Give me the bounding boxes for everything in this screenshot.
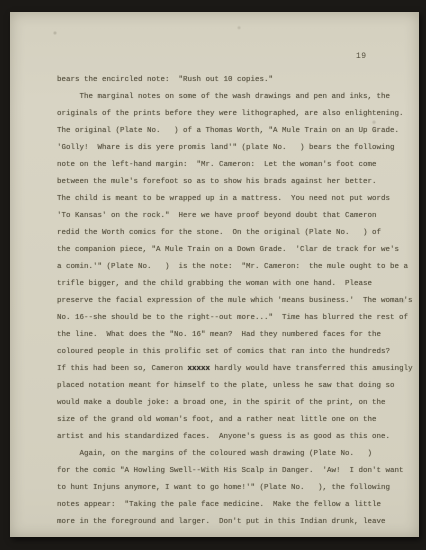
text-line: The marginal notes on some of the wash d… <box>57 89 409 106</box>
text-line: note on the left-hand margin: "Mr. Camer… <box>57 157 409 174</box>
text-line: preserve the facial expression of the mu… <box>57 293 409 310</box>
text-line: a comin.'" (Plate No. ) is the note: "Mr… <box>57 259 409 276</box>
overstruck-word: xxxxx <box>188 365 211 373</box>
text-line: the companion piece, "A Mule Train on a … <box>57 242 409 259</box>
document-page: 19 bears the encircled note: "Rush out 1… <box>10 12 419 537</box>
text-line: artist and his standardized faces. Anyon… <box>57 429 409 446</box>
page-text: bears the encircled note: "Rush out 10 c… <box>57 72 409 531</box>
text-line: notes appear: "Taking the pale face medi… <box>57 497 409 514</box>
text-line: 'Golly! Whare is dis yere promis land'" … <box>57 140 409 157</box>
text-line: If this had been so, Cameron xxxxx hardl… <box>57 361 409 378</box>
text-line: placed notation meant for himself to the… <box>57 378 409 395</box>
text-line: to hunt Injuns anymore, I want to go hom… <box>57 480 409 497</box>
text-line: The original (Plate No. ) of a Thomas Wo… <box>57 123 409 140</box>
text-line: trifle bigger, and the child grabbing th… <box>57 276 409 293</box>
text-line: the line. What does the "No. 16" mean? H… <box>57 327 409 344</box>
text-line: more in the foreground and larger. Don't… <box>57 514 409 531</box>
text-line: coloured people in this prolific set of … <box>57 344 409 361</box>
text-line: would make a double joke: a broad one, i… <box>57 395 409 412</box>
text-line: The child is meant to be wrapped up in a… <box>57 191 409 208</box>
text-line: No. 16--she should be to the right--out … <box>57 310 409 327</box>
text-line: redid the Worth comics for the stone. On… <box>57 225 409 242</box>
text-line: bears the encircled note: "Rush out 10 c… <box>57 72 409 89</box>
text-line: originals of the prints before they were… <box>57 106 409 123</box>
text-line: 'To Kansas' on the rock." Here we have p… <box>57 208 409 225</box>
text-line: between the mule's forefoot so as to sho… <box>57 174 409 191</box>
text-line: for the comic "A Howling Swell--With His… <box>57 463 409 480</box>
text-line: Again, on the margins of the coloured wa… <box>57 446 409 463</box>
page-number: 19 <box>356 52 367 61</box>
text-line: size of the grand old woman's foot, and … <box>57 412 409 429</box>
